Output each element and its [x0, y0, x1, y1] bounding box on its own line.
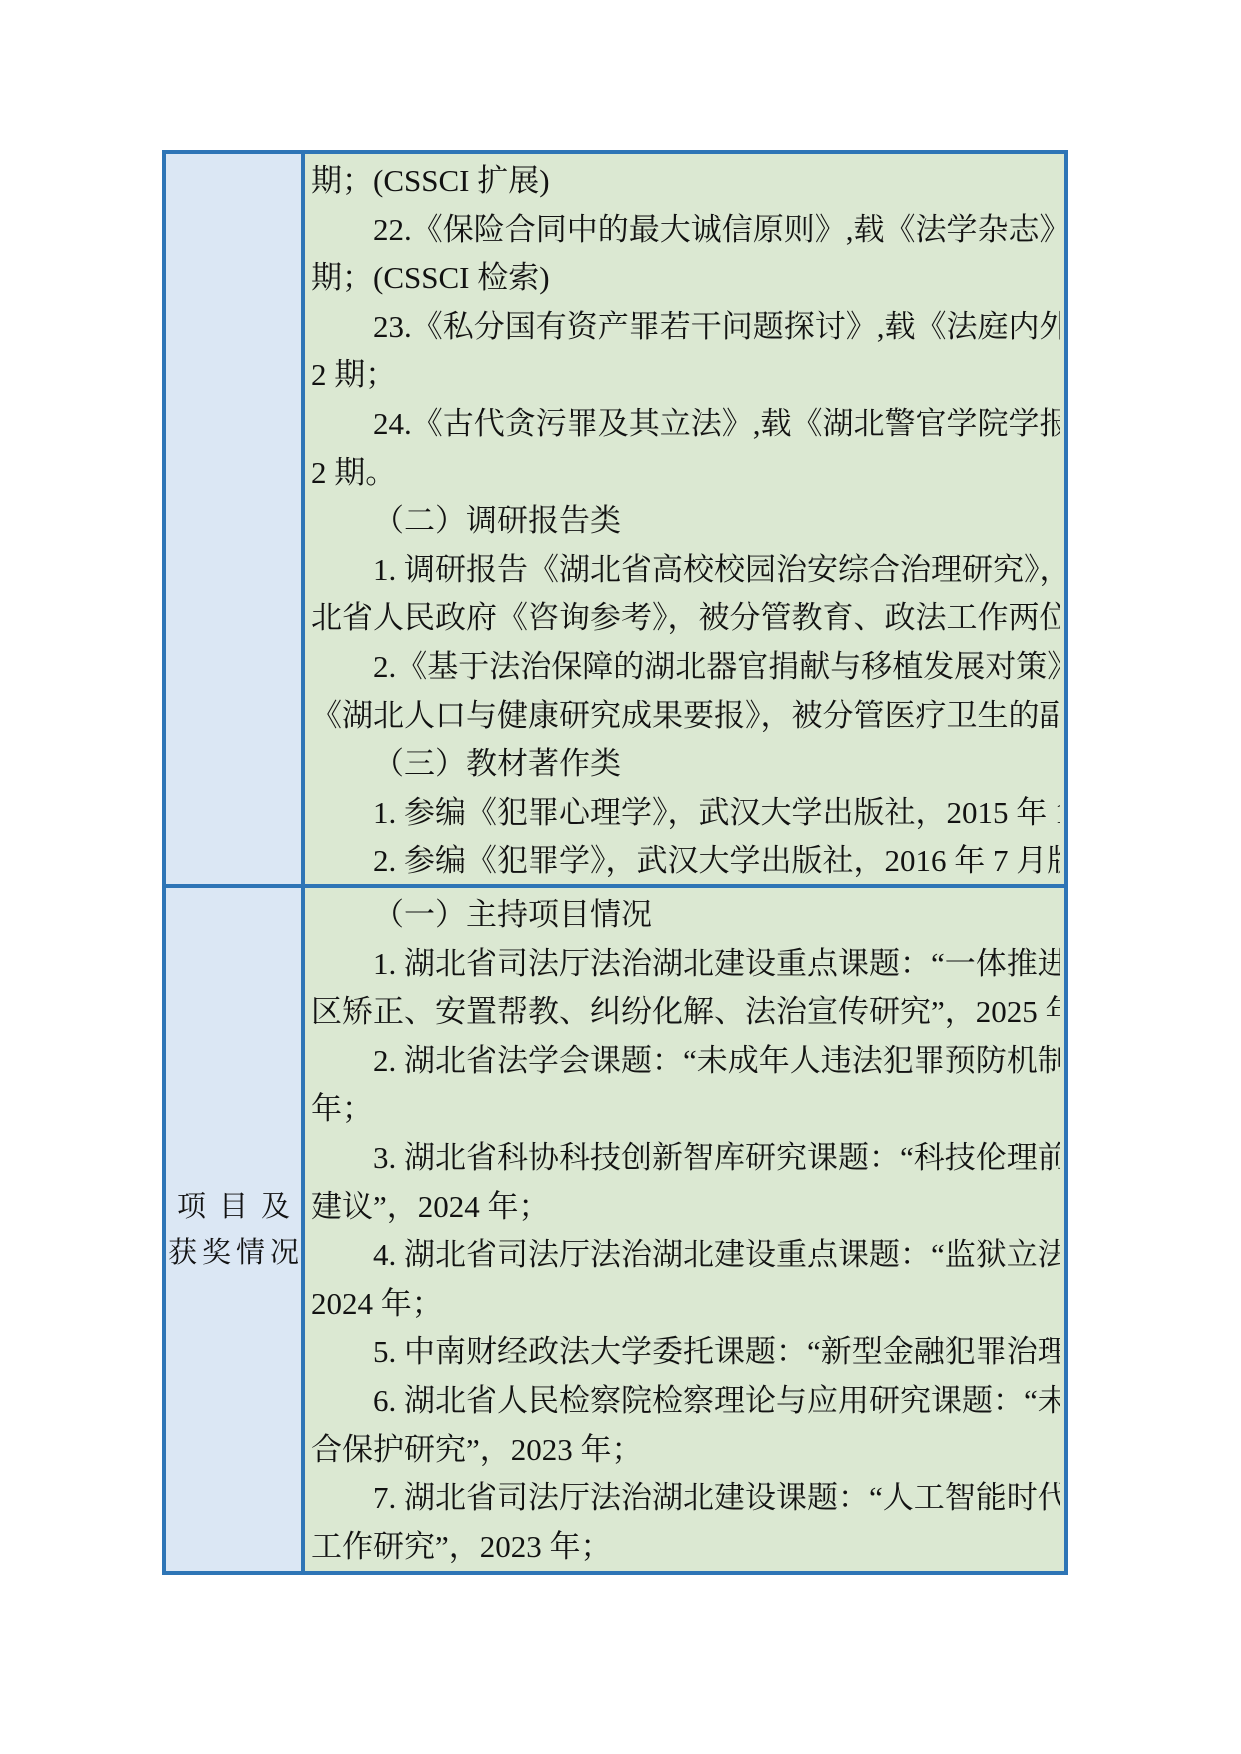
text-line: 《湖北人口与健康研究成果要报》，被分管医疗卫生的副省长签批。 [311, 692, 1060, 741]
row-header-line: 项目及 [177, 1184, 303, 1230]
text-line: 期；(CSSCI 检索) [311, 254, 1060, 303]
table-row-projects: 项目及获奖情况 （一）主持项目情况1. 湖北省司法厅法治湖北建设重点课题：“一体… [166, 888, 1064, 1571]
text-line: 1. 调研报告《湖北省高校校园治安综合治理研究》，2020 年入选湖 [311, 546, 1060, 595]
text-line: 3. 湖北省科协科技创新智库研究课题：“科技伦理前沿探究与对策 [311, 1134, 1060, 1183]
projects-content-cell: （一）主持项目情况1. 湖北省司法厅法治湖北建设重点课题：“一体推进教育改造、社… [305, 888, 1064, 1571]
text-line: 年； [311, 1085, 1060, 1134]
text-line: （二）调研报告类 [311, 497, 1060, 546]
text-line: 2 期。 [311, 449, 1060, 498]
text-line: 期；(CSSCI 扩展) [311, 157, 1060, 206]
text-line: 24.《古代贪污罪及其立法》,载《湖北警官学院学报》2004 年第 [311, 400, 1060, 449]
text-line: 工作研究”，2023 年； [311, 1523, 1060, 1572]
text-line: 7. 湖北省司法厅法治湖北建设课题：“人工智能时代推进社区矫正 [311, 1474, 1060, 1523]
text-line: 4. 湖北省司法厅法治湖北建设重点课题：“监狱立法完善研究”， [311, 1231, 1060, 1280]
text-line: （一）主持项目情况 [311, 891, 1060, 940]
cv-table: 期；(CSSCI 扩展)22.《保险合同中的最大诚信原则》,载《法学杂志》200… [162, 150, 1068, 1575]
text-line: 2024 年； [311, 1280, 1060, 1329]
row-header-cell-publications-empty [166, 154, 305, 884]
table-row-publications: 期；(CSSCI 扩展)22.《保险合同中的最大诚信原则》,载《法学杂志》200… [166, 154, 1064, 888]
text-line: 6. 湖北省人民检察院检察理论与应用研究课题：“未成年人司法综 [311, 1377, 1060, 1426]
text-line: 合保护研究”，2023 年； [311, 1426, 1060, 1475]
text-line: 2. 参编《犯罪学》，武汉大学出版社，2016 年 7 月版。 [311, 837, 1060, 884]
text-line: 2. 湖北省法学会课题：“未成年人违法犯罪预防机制研究”，2025 [311, 1037, 1060, 1086]
row-header-cell-projects: 项目及获奖情况 [166, 888, 305, 1571]
text-line: 1. 湖北省司法厅法治湖北建设重点课题：“一体推进教育改造、社 [311, 940, 1060, 989]
text-line: 区矫正、安置帮教、纠纷化解、法治宣传研究”，2025 年； [311, 988, 1060, 1037]
text-line: 2 期； [311, 351, 1060, 400]
text-line: 建议”，2024 年； [311, 1183, 1060, 1232]
row-header-line: 获奖情况 [168, 1230, 304, 1276]
text-line: 5. 中南财经政法大学委托课题：“新型金融犯罪治理研究”，2024; [311, 1328, 1060, 1377]
publications-content-cell: 期；(CSSCI 扩展)22.《保险合同中的最大诚信原则》,载《法学杂志》200… [305, 154, 1064, 884]
text-line: 23.《私分国有资产罪若干问题探讨》,载《法庭内外》2004 年第 [311, 303, 1060, 352]
text-line: 22.《保险合同中的最大诚信原则》,载《法学杂志》2005 年第 2 [311, 206, 1060, 255]
text-line: （三）教材著作类 [311, 740, 1060, 789]
text-line: 1. 参编《犯罪心理学》，武汉大学出版社，2015 年 1 月版； [311, 789, 1060, 838]
text-line: 北省人民政府《咨询参考》，被分管教育、政法工作两位副省长签批； [311, 594, 1060, 643]
text-line: 2.《基于法治保障的湖北器官捐献与移植发展对策》，2022 年入选 [311, 643, 1060, 692]
